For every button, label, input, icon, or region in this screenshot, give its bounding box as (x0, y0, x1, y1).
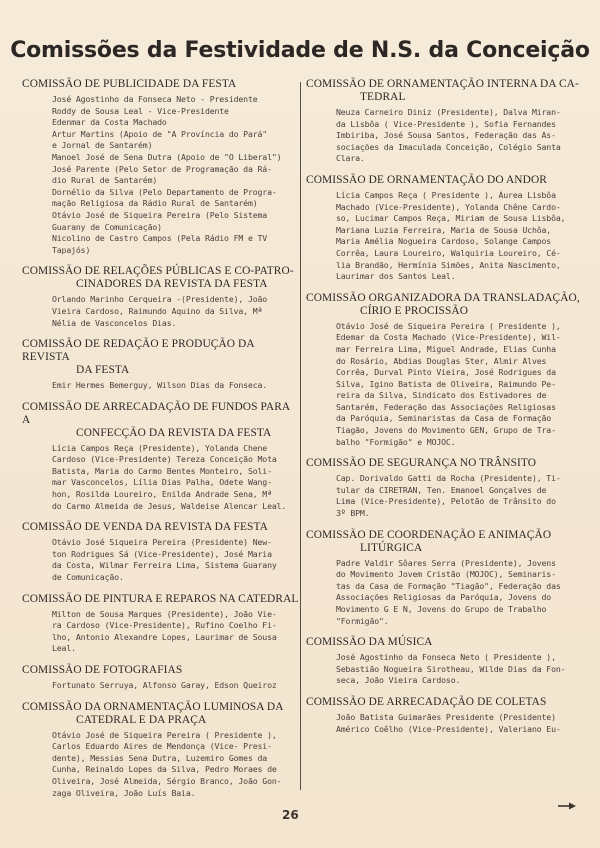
committee-members: Fortunato Serruya, Alfonso Garay, Edson … (22, 680, 300, 692)
member-text-line: Tiagão, Jovens do Movimento GEN, Grupo d… (336, 425, 588, 437)
member-text-line: Maria Amélia Nogueira Cardoso, Solange C… (336, 236, 588, 248)
member-text-line: Lícia Campos Reça ( Presidente ), Áurea … (336, 190, 588, 202)
committee-heading-line: COMISSÃO ORGANIZADORA DA TRANSLADAÇÃO, (306, 292, 588, 305)
committee-section: COMISSÃO DE PUBLICIDADE DA FESTAJosé Ago… (22, 78, 300, 256)
member-text-line: so, Lucimar Campos Reça, Miriam de Sousa… (336, 213, 588, 225)
committee-heading: COMISSÃO DA ORNAMENTAÇÃO LUMINOSA DACATE… (22, 701, 300, 727)
committee-section: COMISSÃO DE ARRECADAÇÃO DE COLETASJoão B… (306, 696, 588, 735)
member-text-line: Manoel José de Sena Dutra (Apoio de "O L… (52, 152, 300, 164)
member-text-line: Movimento G E N, Jovens do Grupo de Trab… (336, 604, 588, 616)
committee-members: Lícia Campos Reça (Presidente), Yolanda … (22, 443, 300, 513)
committee-section: COMISSÃO DE VENDA DA REVISTA DA FESTAOtá… (22, 521, 300, 583)
page-number: 26 (282, 808, 299, 822)
member-text-line: Edenmar da Costa Machado (52, 117, 300, 129)
member-text-line: José Agostinho da Fonseca Neto - Preside… (52, 94, 300, 106)
committee-section: COMISSÃO DE COORDENAÇÃO E ANIMAÇÃOLITÚRG… (306, 529, 588, 628)
committee-heading: COMISSÃO ORGANIZADORA DA TRANSLADAÇÃO,CÍ… (306, 292, 588, 318)
committee-heading-line: COMISSÃO DE ARRECADAÇÃO DE COLETAS (306, 696, 588, 709)
committee-heading: COMISSÃO DE PUBLICIDADE DA FESTA (22, 78, 300, 91)
committee-heading-line: TEDRAL (306, 91, 588, 104)
member-text-line: Dornélio da Silva (Pelo Departamento de … (52, 187, 300, 199)
member-text-line: José Parente (Pelo Setor de Programação … (52, 164, 300, 176)
member-text-line: Padre Valdir Sôares Serra (Presidente), … (336, 558, 588, 570)
committee-heading-line: LITÚRGICA (306, 542, 588, 555)
committee-heading-line: CÍRIO E PROCISSÃO (306, 305, 588, 318)
member-text-line: Neuza Carneiro Diniz (Presidente), Dalva… (336, 107, 588, 119)
member-text-line: do Carmo Almeida de Jesus, Waldeise Alen… (52, 501, 300, 513)
committee-heading-line: COMISSÃO DE COORDENAÇÃO E ANIMAÇÃO (306, 529, 588, 542)
member-text-line: da Lisbôa ( Vice-Presidente ), Sofia Fer… (336, 119, 588, 131)
member-text-line: Vieira Cardoso, Raimundo Aquino da Silva… (52, 306, 300, 318)
committee-members: Otávio José de Siqueira Pereira ( Presid… (22, 730, 300, 800)
member-text-line: de Comunicação. (52, 572, 300, 584)
committee-members: Emir Hermes Bemerguy, Wilson Dias da Fon… (22, 380, 300, 392)
member-text-line: Edemar da Costa Machado (Vice-Presidente… (336, 332, 588, 344)
committee-heading-line: CATEDRAL E DA PRAÇA (22, 714, 300, 727)
member-text-line: e Jornal de Santarém) (52, 140, 300, 152)
committee-members: Lícia Campos Reça ( Presidente ), Áurea … (306, 190, 588, 283)
member-text-line: Fortunato Serruya, Alfonso Garay, Edson … (52, 680, 300, 692)
member-text-line: Batista, Maria do Carmo Bentes Monteiro,… (52, 466, 300, 478)
member-text-line: Emir Hermes Bemerguy, Wilson Dias da Fon… (52, 380, 300, 392)
committee-heading: COMISSÃO DE REDAÇÃO E PRODUÇÃO DA REVIST… (22, 338, 300, 377)
member-text-line: Carlos Eduardo Aires de Mendonça (Vice- … (52, 741, 300, 753)
member-text-line: reira da Silva, Sindicato dos Estivadore… (336, 390, 588, 402)
committee-members: Milton de Sousa Marques (Presidente), Jo… (22, 609, 300, 655)
committee-heading-line: CINADORES DA REVISTA DA FESTA (22, 278, 300, 291)
committee-section: COMISSÃO DE RELAÇÕES PÚBLICAS E CO-PATRO… (22, 265, 300, 329)
committee-heading-line: DA FESTA (22, 364, 300, 377)
committee-section: COMISSÃO DA ORNAMENTAÇÃO LUMINOSA DACATE… (22, 701, 300, 800)
committee-heading: COMISSÃO DE SEGURANÇA NO TRÂNSITO (306, 457, 588, 470)
member-text-line: Milton de Sousa Marques (Presidente), Jo… (52, 609, 300, 621)
member-text-line: José Agostinho da Fonseca Neto ( Preside… (336, 652, 588, 664)
member-text-line: Corrêa, Durval Pinto Vieira, José Rodrig… (336, 367, 588, 379)
committee-heading: COMISSÃO DE PINTURA E REPAROS NA CATEDRA… (22, 593, 300, 606)
member-text-line: do Rosário, Abdias Douglas Ster, Almir A… (336, 356, 588, 368)
committee-heading-line: COMISSÃO DE ORNAMENTAÇÃO INTERNA DA CA- (306, 78, 588, 91)
member-text-line: tas da Casa de Formação "Tiagão", Federa… (336, 581, 588, 593)
member-text-line: Roddy de Sousa Leal - Vice-Presidente (52, 106, 300, 118)
member-text-line: Nicolino de Castro Campos (Pela Rádio FM… (52, 233, 300, 245)
member-text-line: Artur Martins (Apoio de "A Província do … (52, 129, 300, 141)
member-text-line: hon, Rosilda Loureiro, Enilda Andrade Se… (52, 489, 300, 501)
member-text-line: mar Ferreira Lima, Miguel Andrade, Elias… (336, 344, 588, 356)
committee-section: COMISSÃO DE ARRECADAÇÃO DE FUNDOS PARA A… (22, 401, 300, 513)
member-text-line: Cunha, Reinaldo Lopes da Silva, Pedro Mo… (52, 764, 300, 776)
member-text-line: Cardoso (Vice-Presidente) Tereza Conceiç… (52, 454, 300, 466)
committee-heading: COMISSÃO DE ARRECADAÇÃO DE COLETAS (306, 696, 588, 709)
member-text-line: mar Vasconcelos, Lília Dias Palha, Odete… (52, 477, 300, 489)
committee-section: COMISSÃO DE ORNAMENTAÇÃO DO ANDORLícia C… (306, 174, 588, 283)
member-text-line: balho "Formigão" e MOJOC. (336, 437, 588, 449)
committee-heading-line: COMISSÃO DE FOTOGRAFIAS (22, 664, 300, 677)
member-text-line: Laurimar dos Santos Leal. (336, 271, 588, 283)
member-text-line: "Formigão". (336, 616, 588, 628)
committee-section: COMISSÃO DE REDAÇÃO E PRODUÇÃO DA REVIST… (22, 338, 300, 392)
member-text-line: seca, João Vieira Cardoso. (336, 675, 588, 687)
committee-members: Orlando Marinho Cerqueira -(Presidente),… (22, 294, 300, 329)
left-column: COMISSÃO DE PUBLICIDADE DA FESTAJosé Ago… (22, 78, 300, 808)
committee-heading: COMISSÃO DE COORDENAÇÃO E ANIMAÇÃOLITÚRG… (306, 529, 588, 555)
committee-heading: COMISSÃO DE ORNAMENTAÇÃO DO ANDOR (306, 174, 588, 187)
committee-members: José Agostinho da Fonseca Neto - Preside… (22, 94, 300, 256)
committee-heading-line: COMISSÃO DE ORNAMENTAÇÃO DO ANDOR (306, 174, 588, 187)
committee-members: Neuza Carneiro Diniz (Presidente), Dalva… (306, 107, 588, 165)
member-text-line: zaga Oliveira, João Luís Baia. (52, 788, 300, 800)
member-text-line: lho, Antonio Alexandre Lopes, Laurimar d… (52, 632, 300, 644)
committee-heading-line: COMISSÃO DE VENDA DA REVISTA DA FESTA (22, 521, 300, 534)
committee-section: COMISSÃO ORGANIZADORA DA TRANSLADAÇÃO,CÍ… (306, 292, 588, 449)
committee-heading: COMISSÃO DE ARRECADAÇÃO DE FUNDOS PARA A… (22, 401, 300, 440)
committee-members: Otávio José de Siqueira Pereira ( Presid… (306, 321, 588, 449)
committee-heading-line: COMISSÃO DA MÚSICA (306, 636, 588, 649)
member-text-line: ra Cardoso (Vice-Presidente), Rufino Coe… (52, 620, 300, 632)
committee-heading: COMISSÃO DA MÚSICA (306, 636, 588, 649)
committee-members: Padre Valdir Sôares Serra (Presidente), … (306, 558, 588, 628)
committee-heading-line: COMISSÃO DE PUBLICIDADE DA FESTA (22, 78, 300, 91)
committee-section: COMISSÃO DE FOTOGRAFIASFortunato Serruya… (22, 664, 300, 692)
committee-section: COMISSÃO DE PINTURA E REPAROS NA CATEDRA… (22, 593, 300, 655)
member-text-line: tular da CIRETRAN, Ten. Emanoel Gonçalve… (336, 485, 588, 497)
committee-members: José Agostinho da Fonseca Neto ( Preside… (306, 652, 588, 687)
committee-members: João Batista Guimarães Presidente (Presi… (306, 712, 588, 735)
committee-section: COMISSÃO DE ORNAMENTAÇÃO INTERNA DA CA-T… (306, 78, 588, 165)
member-text-line: 3º BPM. (336, 508, 588, 520)
member-text-line: dio Rural de Santarém) (52, 175, 300, 187)
member-text-line: Oliveira, José Almeida, Sérgio Branco, J… (52, 776, 300, 788)
committee-heading-line: COMISSÃO DE PINTURA E REPAROS NA CATEDRA… (22, 593, 300, 606)
committee-heading: COMISSÃO DE FOTOGRAFIAS (22, 664, 300, 677)
committee-heading-line: COMISSÃO DE SEGURANÇA NO TRÂNSITO (306, 457, 588, 470)
member-text-line: Sebastião Nogueira Sirotheau, Wilde Dias… (336, 664, 588, 676)
committee-members: Cap. Dorivaldo Gatti da Rocha (President… (306, 473, 588, 519)
member-text-line: Nélia de Vasconcelos Dias. (52, 318, 300, 330)
member-text-line: dente), Messias Sena Dutra, Luzemiro Gom… (52, 753, 300, 765)
member-text-line: Lima (Vice-Presidente), Pelotão de Trâns… (336, 496, 588, 508)
committee-heading: COMISSÃO DE RELAÇÕES PÚBLICAS E CO-PATRO… (22, 265, 300, 291)
member-text-line: da Costa, Wilmar Ferreira Lima, Sistema … (52, 560, 300, 572)
member-text-line: lia Brandão, Hermínia Simões, Anita Nasc… (336, 260, 588, 272)
member-text-line: Orlando Marinho Cerqueira -(Presidente),… (52, 294, 300, 306)
member-text-line: Silva, Igino Batista de Oliveira, Raimun… (336, 379, 588, 391)
member-text-line: do Movimento Jovem Cristão (MOJOC), Semi… (336, 569, 588, 581)
member-text-line: da Paróquia, Seminaristas da Casa de For… (336, 413, 588, 425)
committee-heading-line: COMISSÃO DE REDAÇÃO E PRODUÇÃO DA REVIST… (22, 338, 300, 364)
member-text-line: Associações Religiosas da Paróquia, Jove… (336, 592, 588, 604)
member-text-line: Américo Coêlho (Vice-Presidente), Valeri… (336, 724, 588, 736)
committee-heading: COMISSÃO DE ORNAMENTAÇÃO INTERNA DA CA-T… (306, 78, 588, 104)
member-text-line: mação Religiosa da Rádio Rural de Santar… (52, 198, 300, 210)
member-text-line: Santarém, Federação das Associações Reli… (336, 402, 588, 414)
page-title: Comissões da Festividade de N.S. da Conc… (0, 38, 600, 63)
committee-heading-line: COMISSÃO DE RELAÇÕES PÚBLICAS E CO-PATRO… (22, 265, 300, 278)
member-text-line: Otávio José de Siqueira Pereira (Pelo Si… (52, 210, 300, 222)
committee-heading: COMISSÃO DE VENDA DA REVISTA DA FESTA (22, 521, 300, 534)
committee-section: COMISSÃO DE SEGURANÇA NO TRÂNSITOCap. Do… (306, 457, 588, 519)
column-divider (300, 82, 301, 790)
member-text-line: Corrêa, Laura Loureiro, Walquiria Lourei… (336, 248, 588, 260)
member-text-line: Clara. (336, 153, 588, 165)
member-text-line: João Batista Guimarães Presidente (Presi… (336, 712, 588, 724)
member-text-line: Otávio José Siqueira Pereira (Presidente… (52, 537, 300, 549)
member-text-line: Otávio José de Siqueira Pereira ( Presid… (52, 730, 300, 742)
member-text-line: sociações da Imaculada Conceição, Colégi… (336, 142, 588, 154)
member-text-line: Imbiriba, José Sousa Santos, Federação d… (336, 130, 588, 142)
committee-heading-line: CONFECÇÃO DA REVISTA DA FESTA (22, 427, 300, 440)
committee-section: COMISSÃO DA MÚSICAJosé Agostinho da Fons… (306, 636, 588, 687)
member-text-line: Lícia Campos Reça (Presidente), Yolanda … (52, 443, 300, 455)
committee-heading-line: COMISSÃO DA ORNAMENTAÇÃO LUMINOSA DA (22, 701, 300, 714)
committee-members: Otávio José Siqueira Pereira (Presidente… (22, 537, 300, 583)
document-page: Comissões da Festividade de N.S. da Conc… (0, 0, 600, 848)
arrow-right-icon (558, 802, 576, 810)
member-text-line: Tapajós) (52, 245, 300, 257)
committee-heading-line: COMISSÃO DE ARRECADAÇÃO DE FUNDOS PARA A (22, 401, 300, 427)
member-text-line: Otávio José de Siqueira Pereira ( Presid… (336, 321, 588, 333)
member-text-line: Machado (Vice-Presidente), Yolanda Chêne… (336, 202, 588, 214)
right-column: COMISSÃO DE ORNAMENTAÇÃO INTERNA DA CA-T… (306, 78, 588, 744)
member-text-line: Mariana Luzia Ferreira, Maria de Sousa U… (336, 225, 588, 237)
member-text-line: ton Rodrigues Sá (Vice-Presidente), José… (52, 549, 300, 561)
member-text-line: Guarany de Comunicação) (52, 222, 300, 234)
member-text-line: Cap. Dorivaldo Gatti da Rocha (President… (336, 473, 588, 485)
member-text-line: Leal. (52, 643, 300, 655)
